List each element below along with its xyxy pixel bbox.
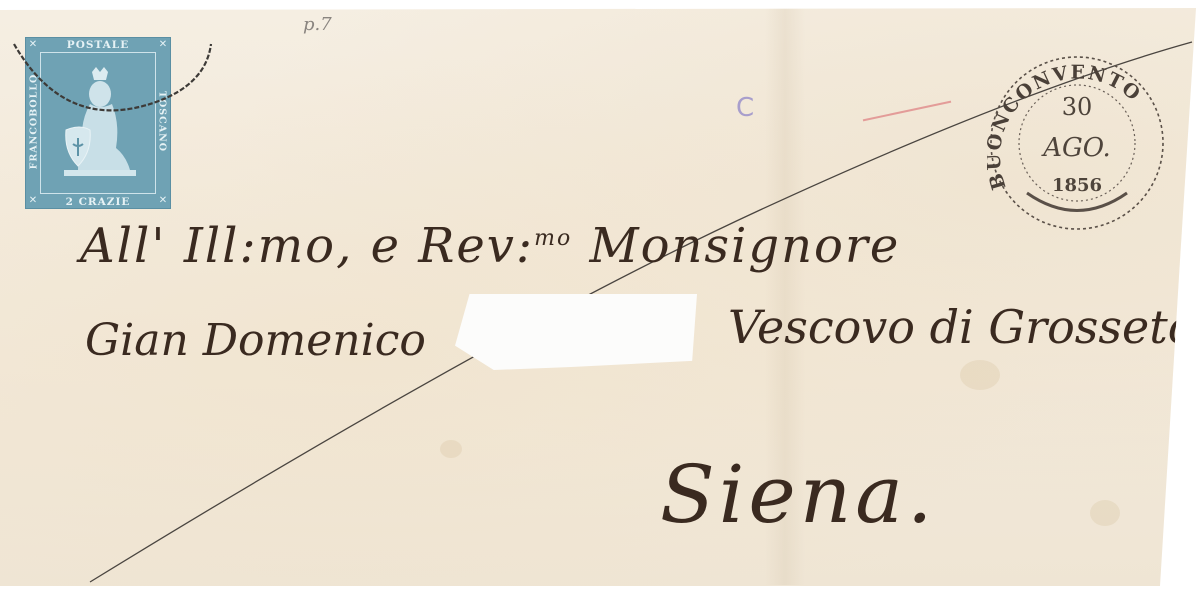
pencil-note: p.7 [303,14,332,35]
purple-mark: C [736,93,754,123]
address-recipient-name: Gian Domenico [85,315,426,366]
postmark-town: BUONCONVENTO [987,62,1146,193]
address-city: Siena. [660,448,936,541]
svg-text:BUONCONVENTO: BUONCONVENTO [987,62,1146,193]
address-salutation: All' Ill:mo, e Rev: [80,218,534,274]
stamp-value-label: 2 CRAZIE [26,196,170,208]
postmark-month: AGO. [987,133,1167,163]
stamp-cancellation-arc [6,14,216,124]
redaction-patch [455,294,697,370]
cover-paper: p.7 C ✕ ✕ ✕ ✕ POSTALE FRANCOBOLLO TOSCAN… [0,0,1200,593]
postmark-year: 1856 [987,175,1167,196]
address-line-1: All' Ill:mo, e Rev:mo Monsignore [80,218,900,274]
postmark: BUONCONVENTO 30 AGO. 1856 [987,43,1167,253]
address-superscript: mo [534,226,572,251]
postmark-day: 30 [987,93,1167,121]
address-recipient-role: Vescovo di Grosseto [728,300,1195,354]
address-title: Monsignore [572,218,900,274]
